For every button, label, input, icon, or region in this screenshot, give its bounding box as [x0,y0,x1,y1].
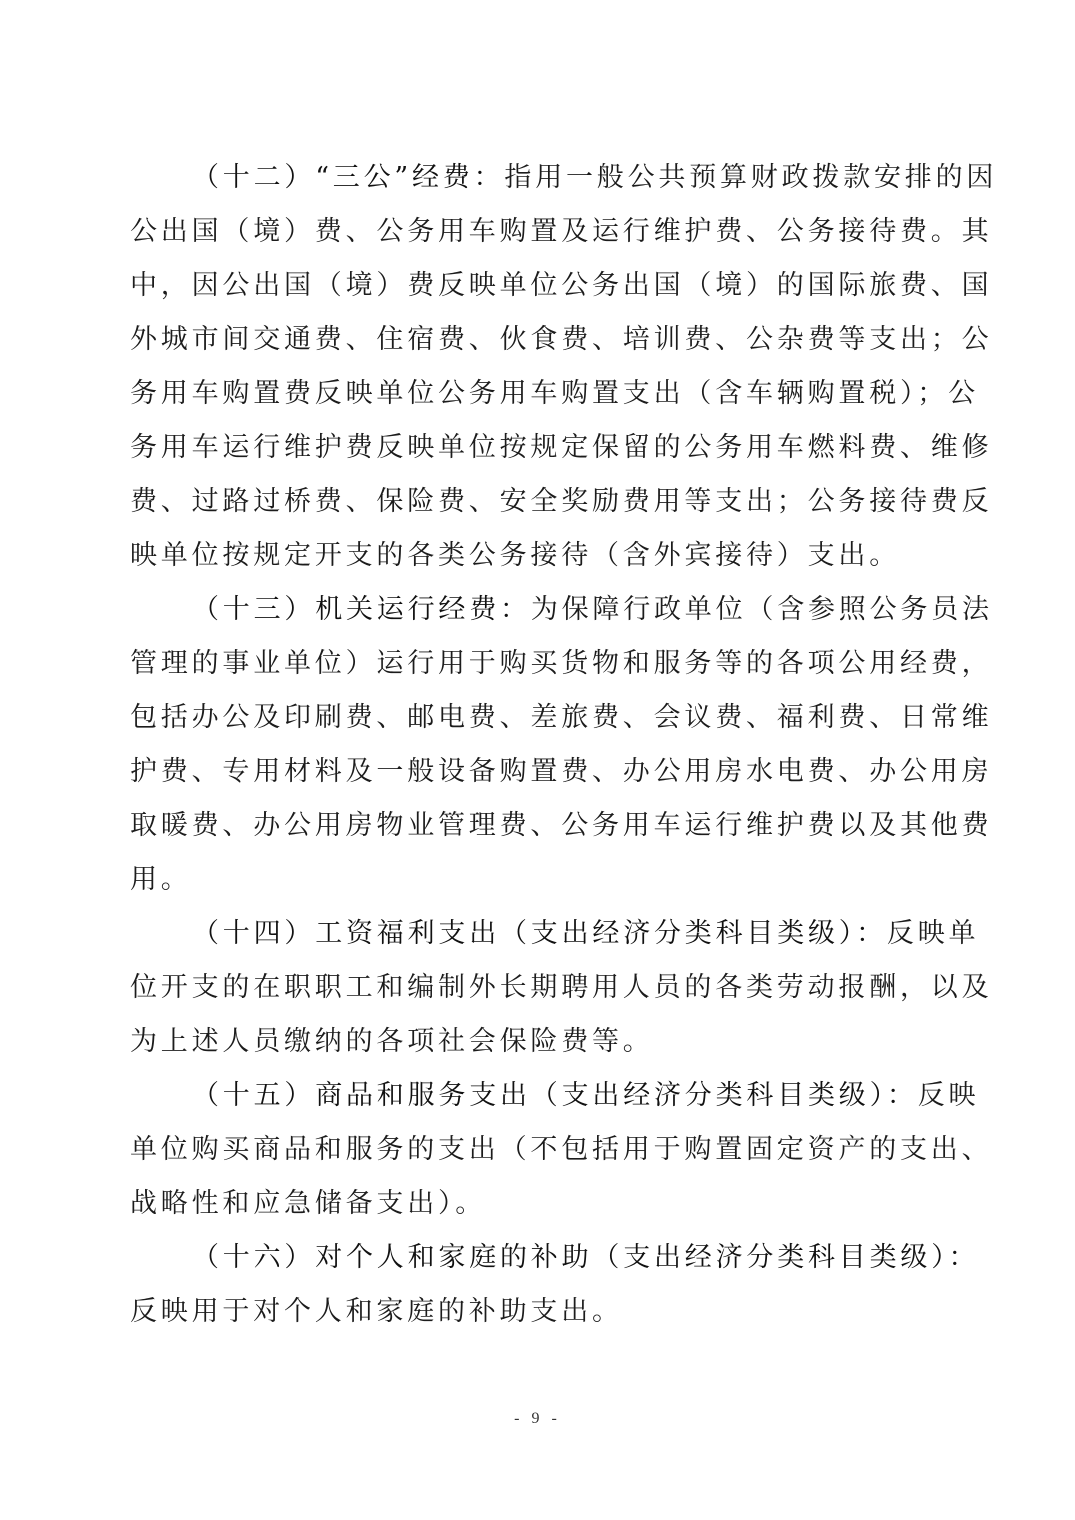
paragraph-13-line-4: 护费、专用材料及一般设备购置费、办公用房水电费、办公用房 [130,745,950,799]
paragraph-15-text: 反映 [918,1080,980,1111]
paragraph-12-line-7: 费、过路过桥费、保险费、安全奖励费用等支出；公务接待费反 [130,475,950,529]
paragraph-12-line-1: （十二）“三公”经费：指用一般公共预算财政拨款安排的因 [130,151,950,205]
paragraph-12-line-2: 公出国（境）费、公务用车购置及运行维护费、公务接待费。其 [130,205,950,259]
paragraph-13-line-5: 取暖费、办公用房物业管理费、公务用车运行维护费以及其他费 [130,799,950,853]
paragraph-14-line-3: 为上述人员缴纳的各项社会保险费等。 [130,1015,950,1069]
paragraph-14-heading: （十四）工资福利支出（支出经济分类科目类级）： [192,918,887,949]
paragraph-12-line-3: 中，因公出国（境）费反映单位公务出国（境）的国际旅费、国 [130,259,950,313]
paragraph-12-line-8: 映单位按规定开支的各类公务接待（含外宾接待）支出。 [130,529,950,583]
paragraph-14-line-2: 位开支的在职职工和编制外长期聘用人员的各类劳动报酬，以及 [130,961,950,1015]
paragraph-14-line-1: （十四）工资福利支出（支出经济分类科目类级）：反映单 [130,907,950,961]
document-body: （十二）“三公”经费：指用一般公共预算财政拨款安排的因 公出国（境）费、公务用车… [130,151,950,1339]
paragraph-13-line-2: 管理的事业单位）运行用于购买货物和服务等的各项公用经费， [130,637,950,691]
paragraph-13-line-3: 包括办公及印刷费、邮电费、差旅费、会议费、福利费、日常维 [130,691,950,745]
paragraph-15-heading: （十五）商品和服务支出（支出经济分类科目类级）： [192,1080,918,1111]
page-number: - 9 - [0,1410,1075,1428]
paragraph-12-text: 指用一般公共预算财政拨款安排的因 [504,162,997,193]
paragraph-13-text: 为保障行政单位（含参照公务员法 [531,594,993,625]
paragraph-13-line-1: （十三）机关运行经费：为保障行政单位（含参照公务员法 [130,583,950,637]
paragraph-12-line-6: 务用车运行维护费反映单位按规定保留的公务用车燃料费、维修 [130,421,950,475]
paragraph-16-line-2: 反映用于对个人和家庭的补助支出。 [130,1285,950,1339]
paragraph-15-line-3: 战略性和应急储备支出）。 [130,1177,950,1231]
paragraph-12-line-4: 外城市间交通费、住宿费、伙食费、培训费、公杂费等支出；公 [130,313,950,367]
paragraph-16-heading: （十六）对个人和家庭的补助（支出经济分类科目类级）： [192,1242,979,1273]
paragraph-13-line-6: 用。 [130,853,950,907]
document-page: （十二）“三公”经费：指用一般公共预算财政拨款安排的因 公出国（境）费、公务用车… [0,0,1075,1520]
paragraph-12-heading: （十二）“三公”经费： [192,162,504,193]
paragraph-14-text: 反映单 [887,918,979,949]
paragraph-13-heading: （十三）机关运行经费： [192,594,531,625]
paragraph-16-line-1: （十六）对个人和家庭的补助（支出经济分类科目类级）： [130,1231,950,1285]
paragraph-15-line-2: 单位购买商品和服务的支出（不包括用于购置固定资产的支出、 [130,1123,950,1177]
paragraph-12-line-5: 务用车购置费反映单位公务用车购置支出（含车辆购置税）；公 [130,367,950,421]
paragraph-15-line-1: （十五）商品和服务支出（支出经济分类科目类级）：反映 [130,1069,950,1123]
